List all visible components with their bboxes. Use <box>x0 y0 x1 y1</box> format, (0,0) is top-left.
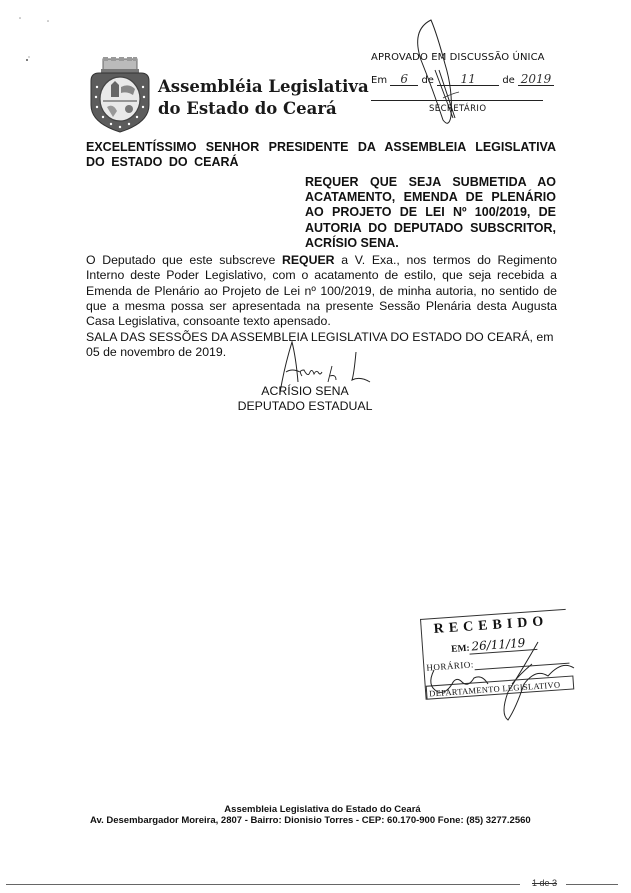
signatory-title: DEPUTADO ESTADUAL <box>230 399 380 414</box>
ceara-coat-of-arms-icon <box>89 57 151 133</box>
received-stamp: RECEBIDO EM:26/11/19 HORÁRIO: DEPARTAMEN… <box>412 604 562 714</box>
approval-stamp: APROVADO EM DISCUSSÃO ÚNICA Em 6 de 11 d… <box>371 20 546 125</box>
body-intro: O Deputado que este subscreve <box>86 253 282 267</box>
summary-line: ACRÍSIO SENA. <box>305 236 556 251</box>
received-signature-scribble <box>412 604 582 724</box>
footer-rule <box>6 884 520 885</box>
summary-line: REQUER QUE SEJA SUBMETIDA AO <box>305 175 556 190</box>
approval-signature-line <box>371 100 543 101</box>
page-indicator: 1 de 3 <box>532 878 557 888</box>
summary-line: ACATAMENTO, EMENDA DE PLENÁRIO <box>305 190 556 205</box>
addressee-text: EXCELENTÍSSIMO SENHOR PRESIDENTE DA ASSE… <box>86 140 556 169</box>
signatory: ACRÍSIO SENA DEPUTADO ESTADUAL <box>230 384 380 414</box>
summary-line: AO PROJETO DE LEI Nº 100/2019, DE <box>305 205 556 220</box>
signatory-name: ACRÍSIO SENA <box>230 384 380 399</box>
approval-em-label: Em <box>371 75 387 86</box>
summary-line: AUTORIA DO DEPUTADO SUBSCRITOR, <box>305 221 556 236</box>
footer-rule-right <box>566 884 618 885</box>
addressee: EXCELENTÍSSIMO SENHOR PRESIDENTE DA ASSE… <box>86 140 556 170</box>
approval-title: APROVADO EM DISCUSSÃO ÚNICA <box>371 52 545 63</box>
footer-address: Av. Desembargador Moreira, 2807 - Bairro… <box>90 815 560 827</box>
request-summary: REQUER QUE SEJA SUBMETIDA AO ACATAMENTO,… <box>305 175 556 251</box>
approval-day: 6 <box>390 73 418 86</box>
scan-specks <box>0 0 80 80</box>
approval-date-row: Em 6 de 11 de 2019 <box>371 73 546 86</box>
approval-year: 2019 <box>518 73 554 86</box>
institution-name-line1: Assembléia Legislativa <box>158 76 369 98</box>
approval-signer-role: SECRETÁRIO <box>429 104 486 114</box>
institution-name: Assembléia Legislativa do Estado do Cear… <box>158 76 369 120</box>
body-keyword: REQUER <box>282 253 335 267</box>
approval-month: 11 <box>437 73 499 86</box>
approval-de-label-2: de <box>502 75 515 86</box>
approval-de-label-1: de <box>421 75 434 86</box>
institution-name-line2: do Estado do Ceará <box>158 98 369 120</box>
body-paragraph: O Deputado que este subscreve REQUER a V… <box>86 253 557 329</box>
